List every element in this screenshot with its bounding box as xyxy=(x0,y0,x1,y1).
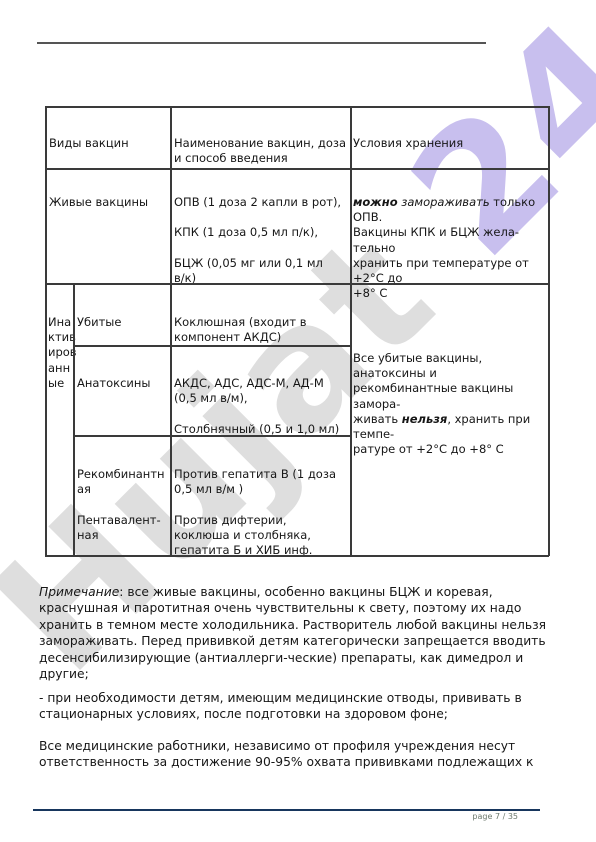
cell-anatoxin-label: Анатоксины xyxy=(77,376,167,391)
cell-killed-names: Коклюшная (входит в компонент АКДС) xyxy=(174,315,352,345)
cell-live-storage-emphasis: можно xyxy=(353,195,398,209)
note-paragraph-3: Все медицинские работники, независимо от… xyxy=(39,738,587,771)
table-header-storage: Условия хранения xyxy=(353,136,546,151)
table-border-right xyxy=(548,106,550,556)
cell-killed-label: Убитые xyxy=(77,315,167,330)
table-row-line-header xyxy=(45,168,549,170)
table-row-line-live xyxy=(45,283,549,285)
cell-inactivated-group-label: Ина ктив иров анн ые xyxy=(48,315,75,391)
cell-inactivated-storage-emphasis: нельзя xyxy=(402,412,448,426)
footer-rule xyxy=(33,809,540,811)
table-header-types: Виды вакцин xyxy=(49,136,167,151)
note-paragraph-1: Примечание: все живые вакцины, особенно … xyxy=(39,584,587,682)
cell-anatoxin-names: АКДС, АДС, АДС-М, АД-М (0,5 мл в/м), Сто… xyxy=(174,376,352,437)
document-page: Hujat 24 Виды вакцин Наименование вакцин… xyxy=(0,0,596,842)
note-paragraph-2: - при необходимости детям, имеющим медиц… xyxy=(39,690,587,723)
table-row-line-killed xyxy=(73,345,350,347)
table-row-line-anatoxin xyxy=(73,435,350,437)
page-number: page 7 / 35 xyxy=(370,812,518,822)
table-border-top xyxy=(45,106,549,108)
cell-recombinant-names: Против гепатита В (1 доза 0,5 мл в/м ) П… xyxy=(174,467,352,558)
table-header-names: Наименование вакцин, доза и способ введе… xyxy=(174,136,354,166)
table-col-line-1 xyxy=(170,106,172,556)
cell-recombinant-labels: Рекомбинантн ая Пентавалент- ная xyxy=(77,467,167,543)
note-lead-word: Примечание xyxy=(39,585,119,599)
header-rule xyxy=(37,42,486,44)
table-border-bottom xyxy=(45,555,549,557)
table-border-left xyxy=(45,106,47,556)
note-paragraph-1-text: : все живые вакцины, особенно вакцины БЦ… xyxy=(39,585,546,681)
cell-live-storage: можно замораживать только ОПВ. Вакцины К… xyxy=(353,195,553,301)
cell-live-storage-italic: замораживать xyxy=(398,195,490,209)
table-col-line-2 xyxy=(350,106,352,556)
cell-live-names: ОПВ (1 доза 2 капли в рот), КПК (1 доза … xyxy=(174,195,352,286)
table-subcol-line xyxy=(73,283,75,555)
cell-live-type: Живые вакцины xyxy=(49,195,167,210)
cell-inactivated-storage: Все убитые вакцины, анатоксины и рекомби… xyxy=(353,351,553,457)
